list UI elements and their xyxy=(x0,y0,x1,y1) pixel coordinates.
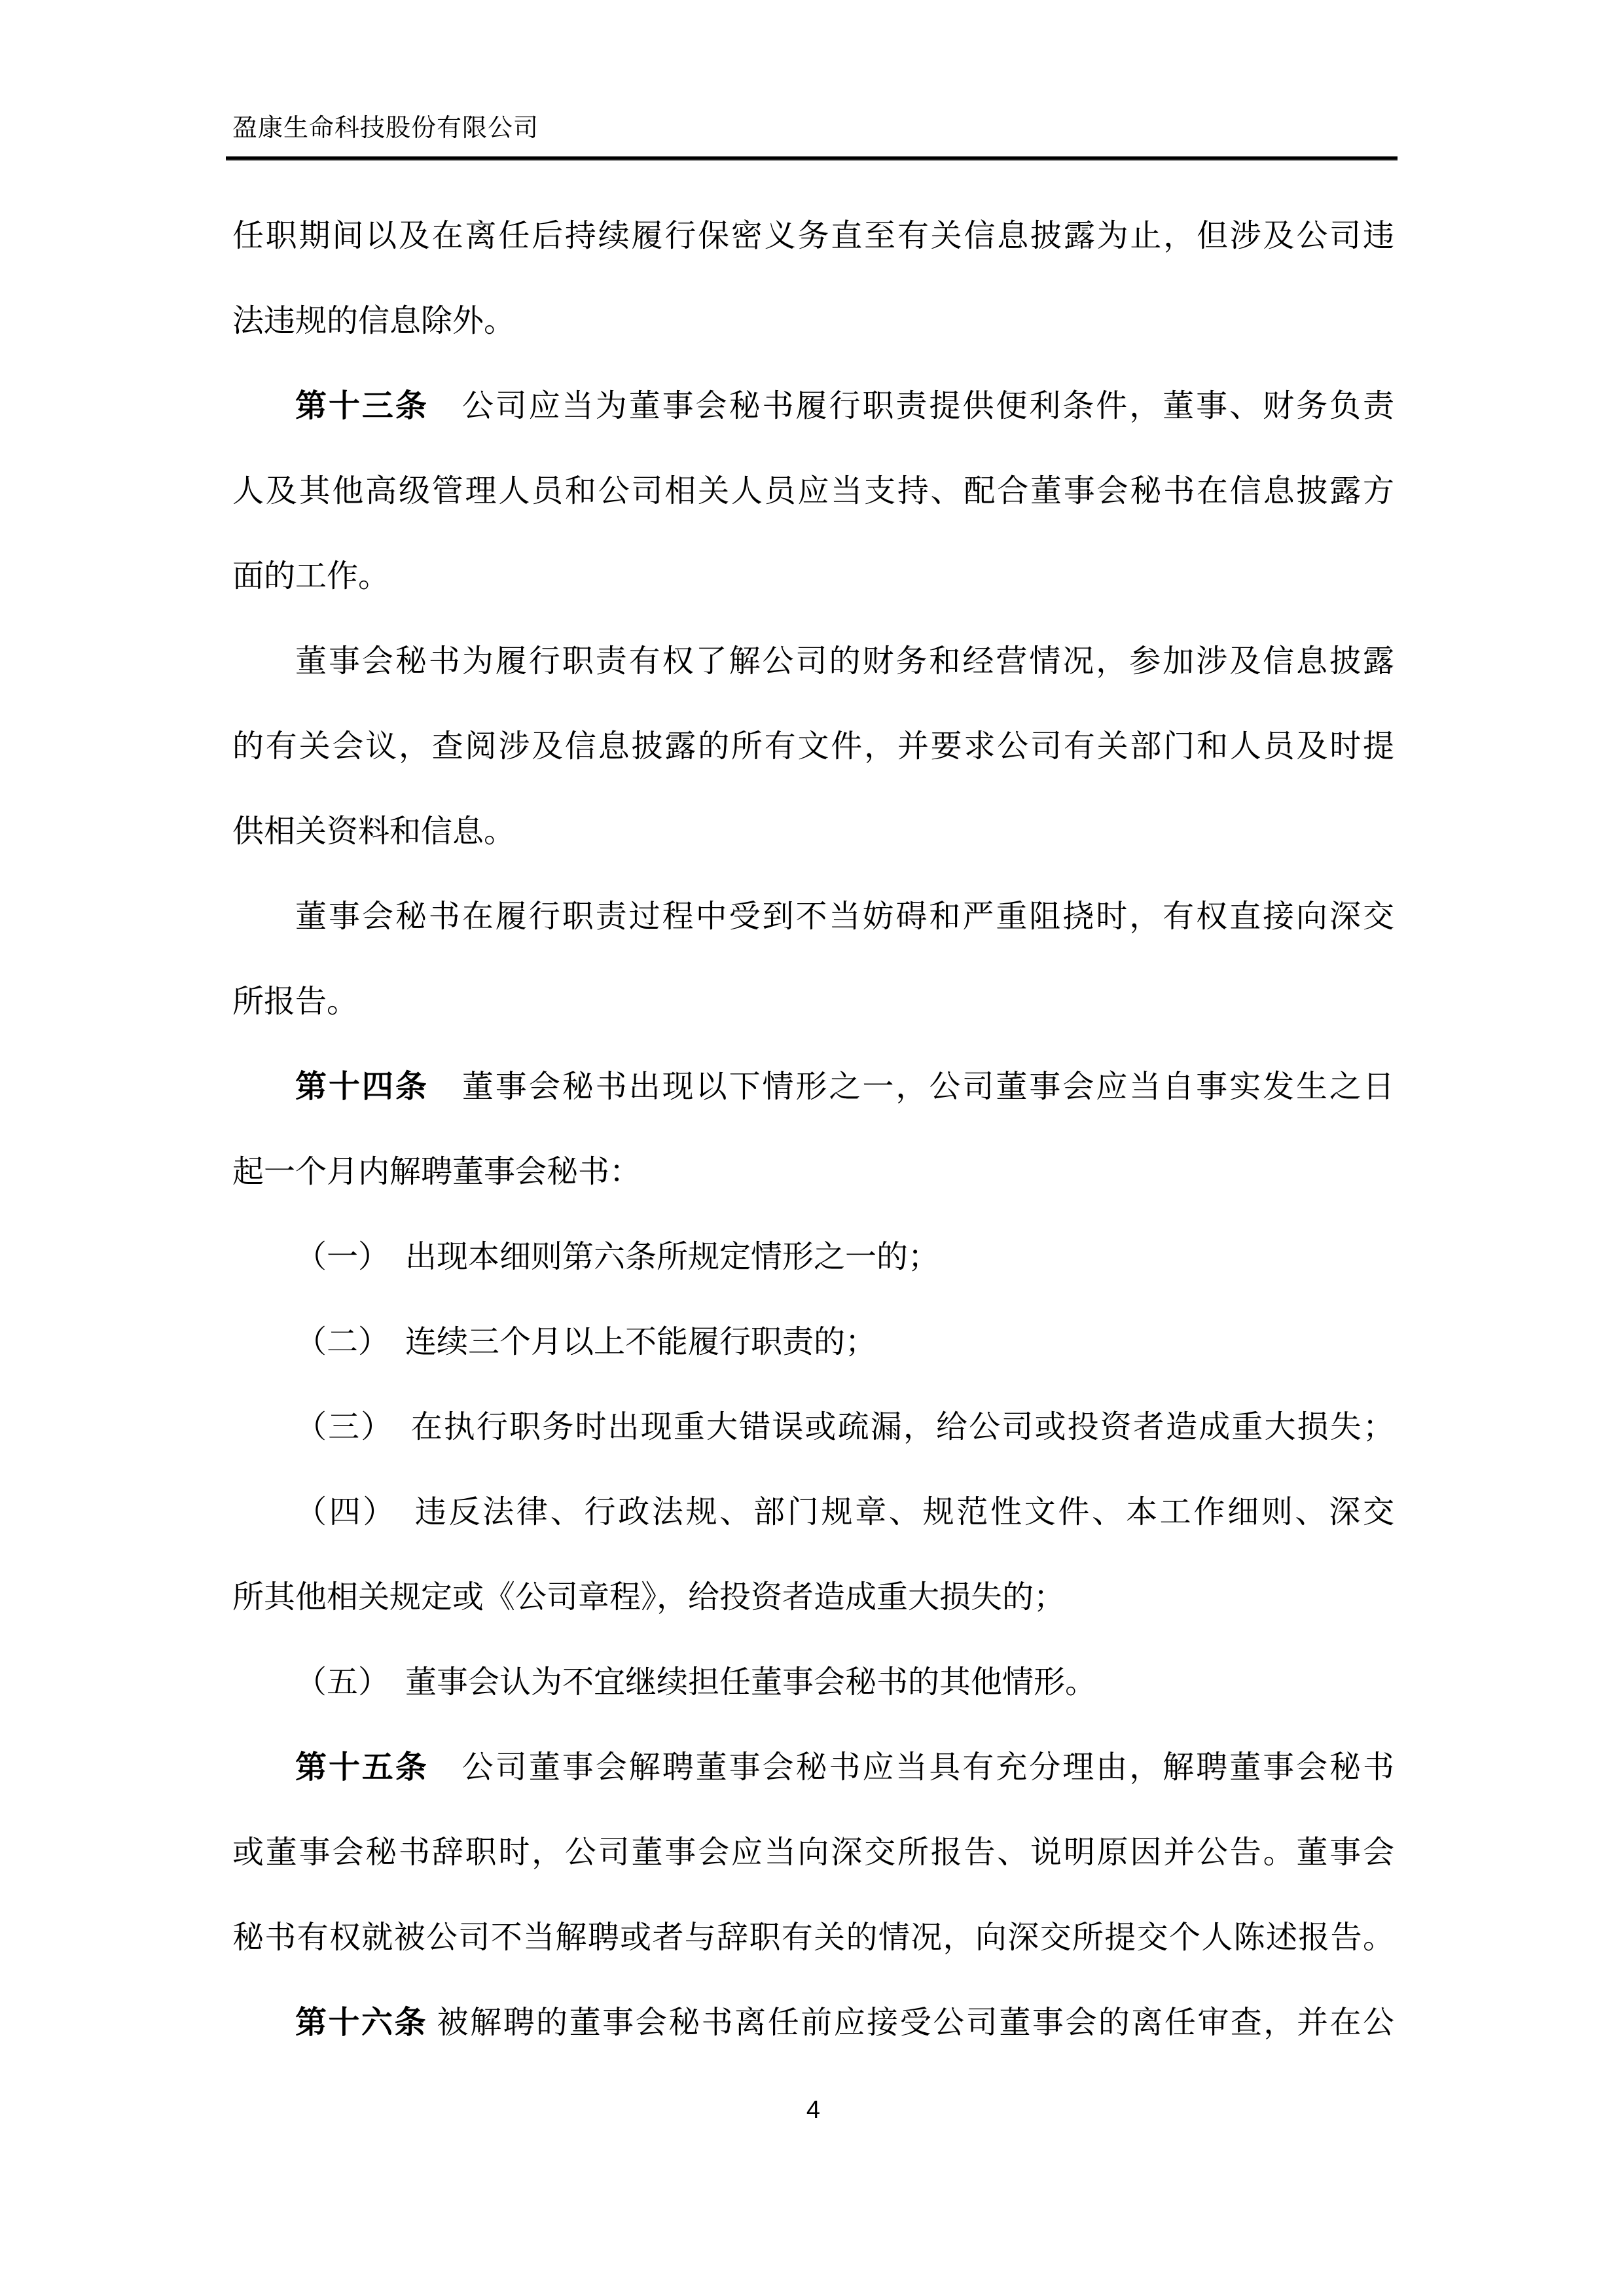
text-line: 董事会秘书在履行职责过程中受到不当妨碍和严重阻挠时，有权直接向深交 xyxy=(232,874,1394,960)
text-run: 董事会秘书在履行职责过程中受到不当妨碍和严重阻挠时，有权直接向深交 xyxy=(295,899,1394,934)
text-line: 或董事会秘书辞职时，公司董事会应当向深交所报告、说明原因并公告。董事会 xyxy=(232,1810,1394,1895)
paragraph: 任职期间以及在离任后持续履行保密义务直至有关信息披露为止，但涉及公司违法违规的信… xyxy=(232,194,1394,364)
paragraph: 董事会秘书在履行职责过程中受到不当妨碍和严重阻挠时，有权直接向深交所报告。 xyxy=(232,874,1394,1045)
text-line: 面的工作。 xyxy=(232,534,1394,619)
article-number: 第十五条 xyxy=(295,1750,429,1785)
text-run: 任职期间以及在离任后持续履行保密义务直至有关信息披露为止，但涉及公司违 xyxy=(232,219,1394,253)
text-line: 董事会秘书为履行职责有权了解公司的财务和经营情况，参加涉及信息披露 xyxy=(232,619,1394,704)
paragraph: 董事会秘书为履行职责有权了解公司的财务和经营情况，参加涉及信息披露的有关会议，查… xyxy=(232,619,1394,874)
page-number: 4 xyxy=(806,2096,820,2124)
text-line: 人及其他高级管理人员和公司相关人员应当支持、配合董事会秘书在信息披露方 xyxy=(232,449,1394,534)
text-line: 的有关会议，查阅涉及信息披露的所有文件，并要求公司有关部门和人员及时提 xyxy=(232,704,1394,789)
text-run: 公司董事会解聘董事会秘书应当具有充分理由，解聘董事会秘书 xyxy=(429,1750,1394,1785)
document-body: 任职期间以及在离任后持续履行保密义务直至有关信息披露为止，但涉及公司违法违规的信… xyxy=(232,194,1394,2066)
document-page: 盈康生命科技股份有限公司 任职期间以及在离任后持续履行保密义务直至有关信息披露为… xyxy=(0,0,1624,2296)
header-company-name: 盈康生命科技股份有限公司 xyxy=(232,110,1398,147)
paragraph: 第十四条 董事会秘书出现以下情形之一，公司董事会应当自事实发生之日起一个月内解聘… xyxy=(232,1045,1394,1215)
text-line: 起一个月内解聘董事会秘书： xyxy=(232,1130,1394,1215)
text-run: 起一个月内解聘董事会秘书： xyxy=(232,1155,641,1189)
text-run: 面的工作。 xyxy=(232,559,389,594)
text-run: （四） 违反法律、行政法规、部门规章、规范性文件、本工作细则、深交 xyxy=(295,1495,1394,1530)
paragraph: 第十六条 被解聘的董事会秘书离任前应接受公司董事会的离任审查，并在公 xyxy=(232,1981,1394,2066)
text-line: （五） 董事会认为不宜继续担任董事会秘书的其他情形。 xyxy=(232,1640,1394,1725)
paragraph: （三） 在执行职务时出现重大错误或疏漏，给公司或投资者造成重大损失； xyxy=(232,1385,1394,1470)
page-footer: 4 xyxy=(232,2094,1394,2126)
paragraph: 第十五条 公司董事会解聘董事会秘书应当具有充分理由，解聘董事会秘书或董事会秘书辞… xyxy=(232,1725,1394,1981)
article-number: 第十四条 xyxy=(295,1069,429,1104)
text-line: 第十三条 公司应当为董事会秘书履行职责提供便利条件，董事、财务负责 xyxy=(232,364,1394,449)
paragraph: （四） 违反法律、行政法规、部门规章、规范性文件、本工作细则、深交所其他相关规定… xyxy=(232,1470,1394,1640)
text-line: （三） 在执行职务时出现重大错误或疏漏，给公司或投资者造成重大损失； xyxy=(232,1385,1394,1470)
text-run: 被解聘的董事会秘书离任前应接受公司董事会的离任审查，并在公 xyxy=(427,2005,1394,2040)
text-line: 法违规的信息除外。 xyxy=(232,279,1394,364)
paragraph: （一） 出现本细则第六条所规定情形之一的； xyxy=(232,1215,1394,1300)
text-line: （二） 连续三个月以上不能履行职责的； xyxy=(232,1300,1394,1385)
text-run: 或董事会秘书辞职时，公司董事会应当向深交所报告、说明原因并公告。董事会 xyxy=(232,1835,1394,1870)
article-number: 第十三条 xyxy=(295,389,429,423)
text-line: 任职期间以及在离任后持续履行保密义务直至有关信息披露为止，但涉及公司违 xyxy=(232,194,1394,279)
text-run: 供相关资料和信息。 xyxy=(232,814,515,849)
text-line: 第十四条 董事会秘书出现以下情形之一，公司董事会应当自事实发生之日 xyxy=(232,1045,1394,1130)
text-line: 第十六条 被解聘的董事会秘书离任前应接受公司董事会的离任审查，并在公 xyxy=(232,1981,1394,2066)
text-run: （一） 出现本细则第六条所规定情形之一的； xyxy=(295,1240,939,1274)
text-run: 公司应当为董事会秘书履行职责提供便利条件，董事、财务负责 xyxy=(429,389,1394,423)
text-line: 供相关资料和信息。 xyxy=(232,789,1394,874)
text-run: 所报告。 xyxy=(232,984,358,1019)
text-line: （四） 违反法律、行政法规、部门规章、规范性文件、本工作细则、深交 xyxy=(232,1470,1394,1555)
text-run: （二） 连续三个月以上不能履行职责的； xyxy=(295,1325,876,1359)
text-line: （一） 出现本细则第六条所规定情形之一的； xyxy=(232,1215,1394,1300)
article-number: 第十六条 xyxy=(295,2005,427,2040)
text-run: 法违规的信息除外。 xyxy=(232,304,515,338)
text-run: 秘书有权就被公司不当解聘或者与辞职有关的情况，向深交所提交个人陈述报告。 xyxy=(232,1920,1394,1955)
text-run: 人及其他高级管理人员和公司相关人员应当支持、配合董事会秘书在信息披露方 xyxy=(232,474,1394,509)
text-run: （五） 董事会认为不宜继续担任董事会秘书的其他情形。 xyxy=(295,1665,1096,1700)
paragraph: 第十三条 公司应当为董事会秘书履行职责提供便利条件，董事、财务负责人及其他高级管… xyxy=(232,364,1394,619)
paragraph: （二） 连续三个月以上不能履行职责的； xyxy=(232,1300,1394,1385)
text-line: 所其他相关规定或《公司章程》，给投资者造成重大损失的； xyxy=(232,1555,1394,1640)
text-run: （三） 在执行职务时出现重大错误或疏漏，给公司或投资者造成重大损失； xyxy=(295,1410,1394,1444)
text-line: 所报告。 xyxy=(232,960,1394,1045)
text-run: 董事会秘书为履行职责有权了解公司的财务和经营情况，参加涉及信息披露 xyxy=(295,644,1394,679)
text-line: 第十五条 公司董事会解聘董事会秘书应当具有充分理由，解聘董事会秘书 xyxy=(232,1725,1394,1810)
text-run: 的有关会议，查阅涉及信息披露的所有文件，并要求公司有关部门和人员及时提 xyxy=(232,729,1394,764)
text-run: 所其他相关规定或《公司章程》，给投资者造成重大损失的； xyxy=(232,1580,1065,1615)
paragraph: （五） 董事会认为不宜继续担任董事会秘书的其他情形。 xyxy=(232,1640,1394,1725)
page-header: 盈康生命科技股份有限公司 xyxy=(232,110,1398,147)
text-run: 董事会秘书出现以下情形之一，公司董事会应当自事实发生之日 xyxy=(429,1069,1394,1104)
header-rule xyxy=(226,156,1398,161)
text-line: 秘书有权就被公司不当解聘或者与辞职有关的情况，向深交所提交个人陈述报告。 xyxy=(232,1895,1394,1981)
